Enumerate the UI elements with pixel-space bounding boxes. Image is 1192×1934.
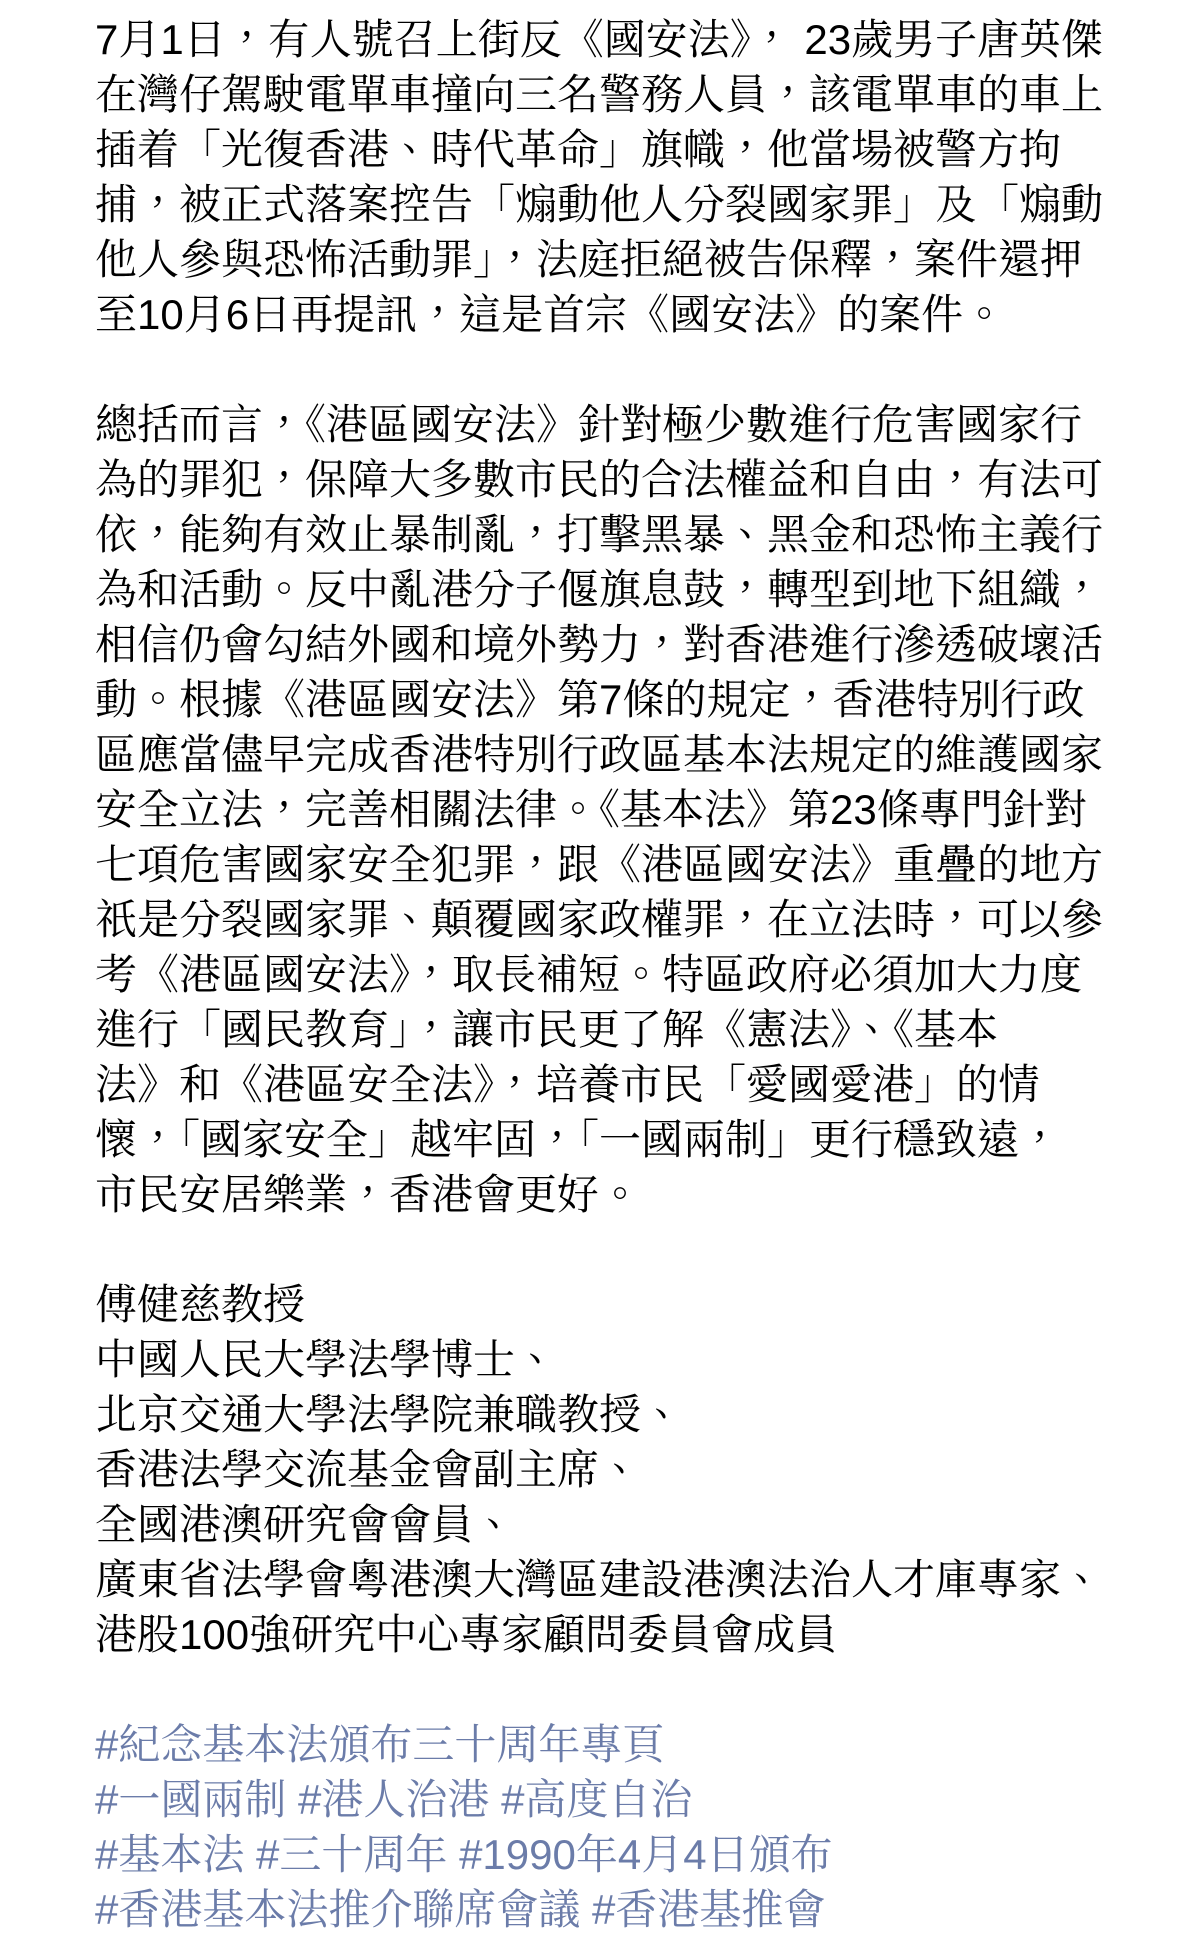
text-line: 中國人民大學法學博士、 (95, 1332, 1152, 1387)
text-line: 港股100強研究中心專家顧問委員會成員 (95, 1607, 1152, 1662)
text-line: 總括而言，《港區國安法》針對極少數進行危害國家行 (95, 397, 1152, 452)
hashtag-link[interactable]: #基本法 (95, 1831, 244, 1878)
text-line: 插着「光復香港、時代革命」旗幟，他當場被警方拘 (95, 122, 1152, 177)
hashtag-line: #一國兩制 #港人治港 #高度自治 (95, 1772, 1152, 1827)
author-signature: 傅健慈教授中國人民大學法學博士、北京交通大學法學院兼職教授、香港法學交流基金會副… (95, 1277, 1152, 1662)
text-line: 進行「國民教育」，讓市民更了解《憲法》、《基本 (95, 1002, 1152, 1057)
hashtag-link[interactable]: #高度自治 (501, 1776, 692, 1823)
post-paragraph-2: 總括而言，《港區國安法》針對極少數進行危害國家行為的罪犯，保障大多數市民的合法權… (95, 397, 1152, 1222)
text-line: 法》和《港區安全法》，培養市民「愛國愛港」的情 (95, 1057, 1152, 1112)
text-line: 安全立法，完善相關法律。《基本法》第23條專門針對 (95, 782, 1152, 837)
text-line: 市民安居樂業，香港會更好。 (95, 1167, 1152, 1222)
text-line: 為的罪犯，保障大多數市民的合法權益和自由，有法可 (95, 452, 1152, 507)
text-line: 相信仍會勾結外國和境外勢力，對香港進行滲透破壞活 (95, 617, 1152, 672)
text-line: 至10月6日再提訊，這是首宗《國安法》的案件。 (95, 287, 1152, 342)
hashtag-separator (447, 1831, 459, 1878)
text-line: 捕，被正式落案控告「煽動他人分裂國家罪」及「煽動 (95, 177, 1152, 232)
post-paragraph-1: 7月1日，有人號召上街反《國安法》， 23歲男子唐英傑在灣仔駕駛電單車撞向三名警… (95, 12, 1152, 342)
text-line: 他人參與恐怖活動罪」，法庭拒絕被告保釋，案件還押 (95, 232, 1152, 287)
text-line: 7月1日，有人號召上街反《國安法》， 23歲男子唐英傑 (95, 12, 1152, 67)
text-line: 動。根據《港區國安法》第7條的規定，香港特別行政 (95, 672, 1152, 727)
hashtag-link[interactable]: #三十周年 (256, 1831, 447, 1878)
text-line: 在灣仔駕駛電單車撞向三名警務人員，該電單車的車上 (95, 67, 1152, 122)
text-line: 依，能夠有效止暴制亂，打擊黑暴、黑金和恐怖主義行 (95, 507, 1152, 562)
hashtag-separator (286, 1776, 298, 1823)
hashtag-line: #基本法 #三十周年 #1990年4月4日頒布 (95, 1827, 1152, 1882)
hashtag-separator (244, 1831, 256, 1878)
hashtag-link[interactable]: #香港基推會 (592, 1886, 825, 1933)
text-line: 考《港區國安法》，取長補短。特區政府必須加大力度 (95, 947, 1152, 1002)
hashtag-link[interactable]: #1990年4月4日頒布 (459, 1831, 833, 1878)
text-line: 全國港澳研究會會員、 (95, 1497, 1152, 1552)
hashtag-link[interactable]: #香港基本法推介聯席會議 (95, 1886, 580, 1933)
text-line: 北京交通大學法學院兼職教授、 (95, 1387, 1152, 1442)
text-line: 七項危害國家安全犯罪，跟《港區國安法》重疊的地方 (95, 837, 1152, 892)
text-line: 區應當儘早完成香港特別行政區基本法規定的維護國家 (95, 727, 1152, 782)
hashtag-line: #香港基本法推介聯席會議 #香港基推會 (95, 1882, 1152, 1934)
text-line: 為和活動。反中亂港分子偃旗息鼓，轉型到地下組織， (95, 562, 1152, 617)
text-line: 懷，「國家安全」越牢固，「一國兩制」更行穩致遠， (95, 1112, 1152, 1167)
text-line: 廣東省法學會粵港澳大灣區建設港澳法治人才庫專家、 (95, 1552, 1152, 1607)
hashtag-line: #紀念基本法頒布三十周年專頁 (95, 1717, 1152, 1772)
hashtag-section: #紀念基本法頒布三十周年專頁#一國兩制 #港人治港 #高度自治#基本法 #三十周… (95, 1717, 1152, 1934)
text-line: 香港法學交流基金會副主席、 (95, 1442, 1152, 1497)
hashtag-link[interactable]: #港人治港 (298, 1776, 489, 1823)
hashtag-separator (489, 1776, 501, 1823)
text-line: 傅健慈教授 (95, 1277, 1152, 1332)
text-line: 祇是分裂國家罪、顛覆國家政權罪，在立法時，可以參 (95, 892, 1152, 947)
hashtag-link[interactable]: #一國兩制 (95, 1776, 286, 1823)
post-content: 7月1日，有人號召上街反《國安法》， 23歲男子唐英傑在灣仔駕駛電單車撞向三名警… (0, 0, 1192, 1934)
hashtag-separator (580, 1886, 592, 1933)
hashtag-link[interactable]: #紀念基本法頒布三十周年專頁 (95, 1721, 664, 1768)
